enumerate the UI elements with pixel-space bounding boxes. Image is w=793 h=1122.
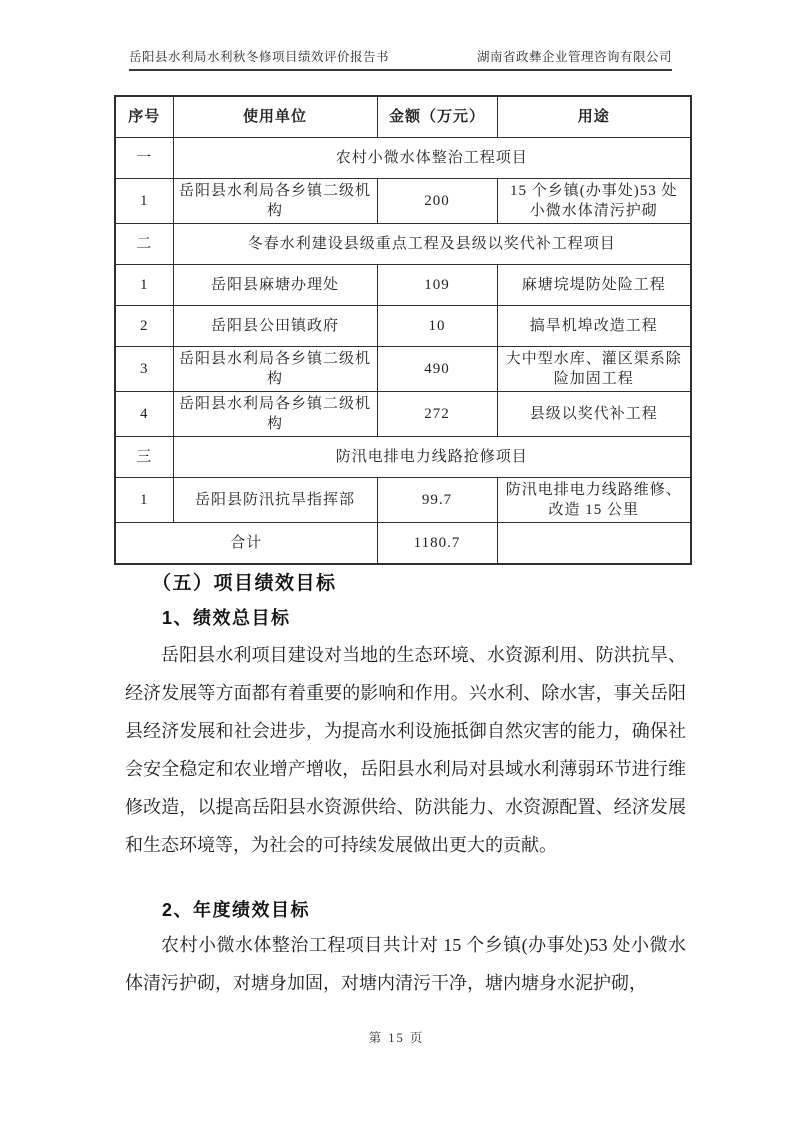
amount-cell: 490 xyxy=(377,347,497,392)
amount-cell: 109 xyxy=(377,265,497,306)
unit-cell: 岳阳县水利局各乡镇二级机构 xyxy=(173,392,377,437)
page-number: 第 15 页 xyxy=(0,1028,793,1046)
row-number-cell: 二 xyxy=(115,224,173,265)
section-title-cell: 防汛电排电力线路抢修项目 xyxy=(173,437,691,478)
unit-cell: 岳阳县水利局各乡镇二级机构 xyxy=(173,347,377,392)
table-row: 1岳阳县麻塘办理处109麻塘垸堤防处险工程 xyxy=(115,265,691,306)
amount-cell: 99.7 xyxy=(377,478,497,523)
section-title-cell: 农村小微水体整治工程项目 xyxy=(173,138,691,179)
header-company-name: 湖南省政彝企业管理咨询有限公司 xyxy=(477,47,672,65)
table-row: 合计1180.7 xyxy=(115,523,691,564)
paragraph-annual-goal: 农村小微水体整治工程项目共计对 15 个乡镇(办事处)53 处小微水体清污护砌，… xyxy=(125,926,686,1002)
table-row: 3岳阳县水利局各乡镇二级机构490大中型水库、灌区渠系除险加固工程 xyxy=(115,347,691,392)
funding-allocation-table: 序号使用单位金额（万元）用途 一农村小微水体整治工程项目1岳阳县水利局各乡镇二级… xyxy=(114,95,692,565)
table-row: 三防汛电排电力线路抢修项目 xyxy=(115,437,691,478)
unit-cell: 岳阳县水利局各乡镇二级机构 xyxy=(173,179,377,224)
row-number-cell: 1 xyxy=(115,179,173,224)
table-row: 1岳阳县水利局各乡镇二级机构20015 个乡镇(办事处)53 处小微水体清污护砌 xyxy=(115,179,691,224)
table-row: 1岳阳县防汛抗旱指挥部99.7防汛电排电力线路维修、改造 15 公里 xyxy=(115,478,691,523)
column-header: 用途 xyxy=(497,96,691,138)
section-title-cell: 冬春水利建设县级重点工程及县级以奖代补工程项目 xyxy=(173,224,691,265)
table-header-row: 序号使用单位金额（万元）用途 xyxy=(115,96,691,138)
subheading-annual-goal: 2、年度绩效目标 xyxy=(162,896,310,922)
section-heading-performance-goals: （五）项目绩效目标 xyxy=(152,568,337,595)
header-document-title: 岳阳县水利局水利秋冬修项目绩效评价报告书 xyxy=(129,47,389,65)
row-number-cell: 一 xyxy=(115,138,173,179)
unit-cell: 岳阳县防汛抗旱指挥部 xyxy=(173,478,377,523)
document-page: 岳阳县水利局水利秋冬修项目绩效评价报告书 湖南省政彝企业管理咨询有限公司 序号使… xyxy=(0,0,793,1122)
total-purpose-cell xyxy=(497,523,691,564)
purpose-cell: 防汛电排电力线路维修、改造 15 公里 xyxy=(497,478,691,523)
row-number-cell: 1 xyxy=(115,478,173,523)
purpose-cell: 麻塘垸堤防处险工程 xyxy=(497,265,691,306)
total-amount-cell: 1180.7 xyxy=(377,523,497,564)
row-number-cell: 三 xyxy=(115,437,173,478)
total-label-cell: 合计 xyxy=(115,523,377,564)
running-header: 岳阳县水利局水利秋冬修项目绩效评价报告书 湖南省政彝企业管理咨询有限公司 xyxy=(129,47,672,71)
table-row: 一农村小微水体整治工程项目 xyxy=(115,138,691,179)
purpose-cell: 搞旱机埠改造工程 xyxy=(497,306,691,347)
purpose-cell: 大中型水库、灌区渠系除险加固工程 xyxy=(497,347,691,392)
amount-cell: 272 xyxy=(377,392,497,437)
unit-cell: 岳阳县公田镇政府 xyxy=(173,306,377,347)
amount-cell: 10 xyxy=(377,306,497,347)
column-header: 使用单位 xyxy=(173,96,377,138)
unit-cell: 岳阳县麻塘办理处 xyxy=(173,265,377,306)
row-number-cell: 4 xyxy=(115,392,173,437)
paragraph-overall-goal: 岳阳县水利项目建设对当地的生态环境、水资源利用、防洪抗旱、经济发展等方面都有着重… xyxy=(125,636,686,864)
table-row: 4岳阳县水利局各乡镇二级机构272县级以奖代补工程 xyxy=(115,392,691,437)
column-header: 金额（万元） xyxy=(377,96,497,138)
row-number-cell: 3 xyxy=(115,347,173,392)
purpose-cell: 县级以奖代补工程 xyxy=(497,392,691,437)
amount-cell: 200 xyxy=(377,179,497,224)
purpose-cell: 15 个乡镇(办事处)53 处小微水体清污护砌 xyxy=(497,179,691,224)
table-row: 二冬春水利建设县级重点工程及县级以奖代补工程项目 xyxy=(115,224,691,265)
row-number-cell: 2 xyxy=(115,306,173,347)
column-header: 序号 xyxy=(115,96,173,138)
row-number-cell: 1 xyxy=(115,265,173,306)
table-row: 2岳阳县公田镇政府10搞旱机埠改造工程 xyxy=(115,306,691,347)
subheading-overall-goal: 1、绩效总目标 xyxy=(162,604,291,630)
